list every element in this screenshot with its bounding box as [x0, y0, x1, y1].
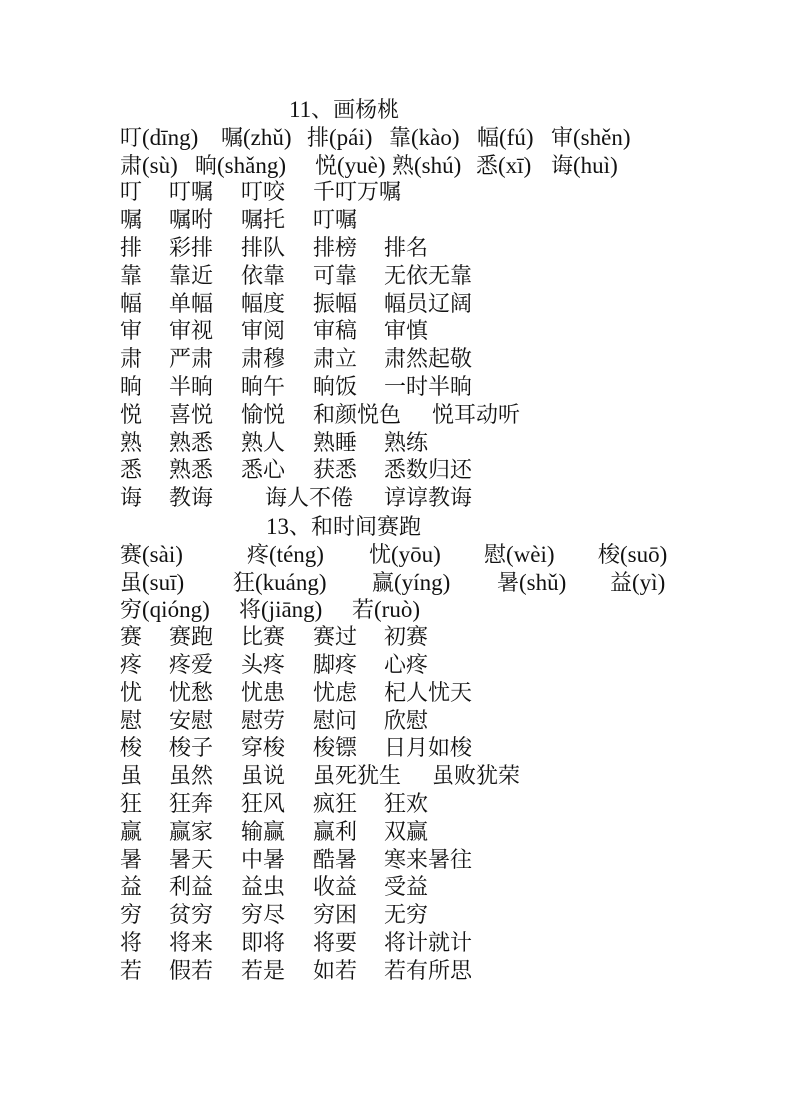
character: 穷 [120, 598, 142, 623]
pinyin: (yuè) [337, 153, 386, 178]
vocab-word: 狂欢 [384, 791, 428, 819]
vocab-row: 肃严肃肃穆肃立肃然起敬 [0, 346, 792, 374]
character: 幅 [477, 126, 499, 151]
vocab-word: 利益 [169, 874, 213, 902]
vocab-word: 排队 [241, 235, 285, 263]
vocab-word: 假若 [169, 958, 213, 986]
vocab-word: 愉悦 [241, 402, 285, 430]
vocab-word: 振幅 [313, 291, 357, 319]
vocab-word: 输赢 [241, 819, 285, 847]
pinyin-entry: 悉(xī) [476, 152, 531, 181]
vocab-word: 虽说 [241, 763, 285, 791]
pinyin: (zhǔ) [243, 125, 292, 150]
vocab-word: 嘱托 [241, 207, 285, 235]
vocab-row: 熟熟悉熟人熟睡熟练 [0, 430, 792, 458]
head-character: 诲 [120, 485, 142, 513]
vocab-word: 酷暑 [313, 847, 357, 875]
character: 诲 [551, 154, 573, 179]
vocab-word: 审慎 [384, 318, 428, 346]
character: 悦 [315, 154, 337, 179]
vocab-word: 如若 [313, 958, 357, 986]
pinyin-entry: 忧(yōu) [369, 541, 441, 570]
vocab-word: 益虫 [241, 874, 285, 902]
pinyin-entry: 将(jiāng) [239, 596, 322, 625]
vocab-row: 暑暑天中暑酷暑寒来暑往 [0, 847, 792, 875]
pinyin: (shú) [414, 153, 461, 178]
pinyin-row: 叮(dīng)嘱(zhǔ)排(pái)靠(kào)幅(fú)审(shěn) [0, 124, 792, 152]
vocab-word: 虽败犹荣 [432, 763, 520, 791]
vocab-word: 将计就计 [384, 930, 472, 958]
vocab-word: 穷困 [313, 902, 357, 930]
pinyin-entry: 靠(kào) [389, 124, 460, 153]
pinyin-row: 赛(sài)疼(téng)忧(yōu)慰(wèi)梭(suō) [0, 541, 792, 569]
vocab-word: 无穷 [384, 902, 428, 930]
pinyin-entry: 疼(téng) [247, 541, 324, 570]
vocab-row: 虽虽然虽说虽死犹生虽败犹荣 [0, 763, 792, 791]
document-page: 11、画杨桃叮(dīng)嘱(zhǔ)排(pái)靠(kào)幅(fú)审(sh… [0, 0, 792, 1120]
vocab-word: 欣慰 [384, 708, 428, 736]
vocab-word: 梭子 [169, 735, 213, 763]
vocab-word: 寒来暑往 [384, 847, 472, 875]
vocab-word: 幅员辽阔 [384, 291, 472, 319]
vocab-word: 赢利 [313, 819, 357, 847]
vocab-row: 益利益益虫收益受益 [0, 874, 792, 902]
vocab-word: 疯狂 [313, 791, 357, 819]
vocab-word: 晌午 [241, 374, 285, 402]
vocab-word: 晌饭 [313, 374, 357, 402]
pinyin: (yōu) [391, 542, 441, 567]
head-character: 暑 [120, 847, 142, 875]
pinyin-entry: 穷(qióng) [120, 596, 210, 625]
pinyin-entry: 若(ruò) [352, 596, 420, 625]
head-character: 虽 [120, 763, 142, 791]
character: 虽 [120, 571, 142, 596]
pinyin: (suō) [620, 542, 667, 567]
vocab-word: 若有所思 [384, 958, 472, 986]
vocab-word: 依靠 [241, 263, 285, 291]
pinyin: (sù) [142, 153, 178, 178]
pinyin: (qióng) [142, 597, 210, 622]
pinyin: (kào) [411, 125, 460, 150]
vocab-word: 若是 [241, 958, 285, 986]
vocab-word: 和颜悦色 [313, 402, 401, 430]
vocab-word: 狂风 [241, 791, 285, 819]
vocab-word: 慰劳 [241, 708, 285, 736]
vocab-word: 悦耳动听 [432, 402, 520, 430]
vocab-word: 排榜 [313, 235, 357, 263]
pinyin: (ruò) [374, 597, 420, 622]
vocab-row: 排彩排排队排榜排名 [0, 235, 792, 263]
pinyin: (shěn) [573, 125, 630, 150]
section-name: 、和时间赛跑 [289, 515, 421, 540]
section-title-text: 13、和时间赛跑 [266, 513, 421, 542]
head-character: 赢 [120, 819, 142, 847]
vocab-word: 头疼 [241, 652, 285, 680]
vocab-word: 中暑 [241, 847, 285, 875]
vocab-word: 排名 [384, 235, 428, 263]
vocab-word: 嘱咐 [169, 207, 213, 235]
pinyin-entry: 悦(yuè) [315, 152, 386, 181]
vocab-row: 幅单幅幅度振幅幅员辽阔 [0, 291, 792, 319]
vocab-word: 教诲 [169, 485, 213, 513]
pinyin: (sài) [142, 542, 183, 567]
pinyin-row: 虽(suī)狂(kuáng)赢(yíng)暑(shǔ)益(yì) [0, 569, 792, 597]
pinyin-entry: 嘱(zhǔ) [221, 124, 292, 153]
vocab-word: 慰问 [313, 708, 357, 736]
pinyin: (fú) [499, 125, 533, 150]
character: 靠 [389, 126, 411, 151]
vocab-word: 熟睡 [313, 430, 357, 458]
character: 若 [352, 598, 374, 623]
vocab-word: 审阅 [241, 318, 285, 346]
pinyin: (yíng) [394, 570, 450, 595]
vocab-word: 可靠 [313, 263, 357, 291]
vocab-word: 收益 [313, 874, 357, 902]
vocab-row: 悉熟悉悉心获悉悉数归还 [0, 457, 792, 485]
character: 肃 [120, 154, 142, 179]
pinyin-entry: 暑(shǔ) [497, 569, 566, 598]
section-number: 11 [289, 97, 311, 122]
vocab-word: 靠近 [169, 263, 213, 291]
pinyin-entry: 熟(shú) [392, 152, 461, 181]
vocab-word: 审视 [169, 318, 213, 346]
head-character: 嘱 [120, 207, 142, 235]
vocab-row: 诲教诲诲人不倦谆谆教诲 [0, 485, 792, 513]
pinyin-entry: 肃(sù) [120, 152, 178, 181]
vocab-word: 忧虑 [313, 680, 357, 708]
vocab-word: 狂奔 [169, 791, 213, 819]
section-title: 13、和时间赛跑 [0, 513, 792, 541]
vocab-word: 穷尽 [241, 902, 285, 930]
vocab-word: 肃穆 [241, 346, 285, 374]
pinyin: (dīng) [142, 125, 198, 150]
character: 嘱 [221, 126, 243, 151]
character: 梭 [598, 543, 620, 568]
vocab-word: 彩排 [169, 235, 213, 263]
pinyin: (yì) [632, 570, 665, 595]
pinyin: (wèi) [506, 542, 555, 567]
vocab-row: 忧忧愁忧患忧虑杞人忧天 [0, 680, 792, 708]
character: 赢 [372, 571, 394, 596]
head-character: 幅 [120, 291, 142, 319]
pinyin-entry: 赛(sài) [120, 541, 183, 570]
vocab-word: 无依无靠 [384, 263, 472, 291]
character: 审 [551, 126, 573, 151]
vocab-word: 悉心 [241, 457, 285, 485]
vocab-word: 千叮万嘱 [313, 179, 401, 207]
pinyin: (suī) [142, 570, 184, 595]
vocab-word: 日月如梭 [384, 735, 472, 763]
pinyin-entry: 叮(dīng) [120, 124, 198, 153]
vocab-word: 熟悉 [169, 457, 213, 485]
vocab-row: 叮叮嘱叮咬千叮万嘱 [0, 179, 792, 207]
character: 疼 [247, 543, 269, 568]
vocab-word: 喜悦 [169, 402, 213, 430]
vocab-word: 悉数归还 [384, 457, 472, 485]
pinyin-entry: 益(yì) [610, 569, 665, 598]
pinyin-entry: 赢(yíng) [372, 569, 450, 598]
head-character: 忧 [120, 680, 142, 708]
vocab-row: 若假若若是如若若有所思 [0, 958, 792, 986]
vocab-word: 半晌 [169, 374, 213, 402]
character: 益 [610, 571, 632, 596]
vocab-word: 一时半晌 [384, 374, 472, 402]
pinyin-entry: 晌(shǎng) [195, 152, 286, 181]
pinyin: (shǔ) [519, 570, 566, 595]
vocab-word: 叮嘱 [169, 179, 213, 207]
character: 赛 [120, 543, 142, 568]
character: 悉 [476, 154, 498, 179]
vocab-word: 虽然 [169, 763, 213, 791]
character: 叮 [120, 126, 142, 151]
vocab-word: 幅度 [241, 291, 285, 319]
vocab-word: 穿梭 [241, 735, 285, 763]
pinyin-entry: 诲(huì) [551, 152, 618, 181]
vocab-word: 审稿 [313, 318, 357, 346]
head-character: 疼 [120, 652, 142, 680]
vocab-word: 疼爱 [169, 652, 213, 680]
section-number: 13 [266, 514, 289, 539]
vocab-word: 肃立 [313, 346, 357, 374]
vocab-row: 赛赛跑比赛赛过初赛 [0, 624, 792, 652]
vocab-row: 赢赢家输赢赢利双赢 [0, 819, 792, 847]
vocab-word: 单幅 [169, 291, 213, 319]
vocab-word: 叮咬 [241, 179, 285, 207]
vocab-word: 脚疼 [313, 652, 357, 680]
vocab-row: 悦喜悦愉悦和颜悦色悦耳动听 [0, 402, 792, 430]
pinyin: (kuáng) [255, 570, 327, 595]
head-character: 狂 [120, 791, 142, 819]
vocab-word: 安慰 [169, 708, 213, 736]
character: 慰 [484, 543, 506, 568]
vocab-word: 肃然起敬 [384, 346, 472, 374]
pinyin: (shǎng) [217, 153, 286, 178]
vocab-word: 受益 [384, 874, 428, 902]
vocab-word: 贫穷 [169, 902, 213, 930]
vocab-word: 比赛 [241, 624, 285, 652]
vocab-word: 心疼 [384, 652, 428, 680]
vocab-word: 忧患 [241, 680, 285, 708]
head-character: 穷 [120, 902, 142, 930]
pinyin-entry: 幅(fú) [477, 124, 534, 153]
pinyin-entry: 排(pái) [307, 124, 372, 153]
pinyin-row: 穷(qióng)将(jiāng)若(ruò) [0, 596, 792, 624]
head-character: 悦 [120, 402, 142, 430]
vocab-word: 严肃 [169, 346, 213, 374]
vocab-word: 即将 [241, 930, 285, 958]
head-character: 审 [120, 318, 142, 346]
vocab-row: 将将来即将将要将计就计 [0, 930, 792, 958]
vocab-word: 谆谆教诲 [384, 485, 472, 513]
vocab-word: 赢家 [169, 819, 213, 847]
vocab-row: 穷贫穷穷尽穷困无穷 [0, 902, 792, 930]
vocab-row: 狂狂奔狂风疯狂狂欢 [0, 791, 792, 819]
vocab-word: 初赛 [384, 624, 428, 652]
vocab-word: 获悉 [313, 457, 357, 485]
head-character: 将 [120, 930, 142, 958]
head-character: 慰 [120, 708, 142, 736]
pinyin: (jiāng) [261, 597, 322, 622]
character: 忧 [369, 543, 391, 568]
head-character: 叮 [120, 179, 142, 207]
head-character: 赛 [120, 624, 142, 652]
vocab-word: 赛过 [313, 624, 357, 652]
head-character: 熟 [120, 430, 142, 458]
vocab-row: 审审视审阅审稿审慎 [0, 318, 792, 346]
vocab-word: 杞人忧天 [384, 680, 472, 708]
vocab-row: 疼疼爱头疼脚疼心疼 [0, 652, 792, 680]
vocab-row: 嘱嘱咐嘱托叮嘱 [0, 207, 792, 235]
character: 熟 [392, 154, 414, 179]
vocab-word: 梭镖 [313, 735, 357, 763]
head-character: 梭 [120, 735, 142, 763]
vocab-word: 熟练 [384, 430, 428, 458]
section-title: 11、画杨桃 [0, 96, 792, 124]
head-character: 靠 [120, 263, 142, 291]
head-character: 益 [120, 874, 142, 902]
head-character: 肃 [120, 346, 142, 374]
vocab-word: 诲人不倦 [265, 485, 353, 513]
vocab-word: 将来 [169, 930, 213, 958]
pinyin-entry: 虽(suī) [120, 569, 184, 598]
vocab-row: 梭梭子穿梭梭镖日月如梭 [0, 735, 792, 763]
vocab-word: 虽死犹生 [313, 763, 401, 791]
vocab-word: 叮嘱 [313, 207, 357, 235]
pinyin: (pái) [329, 125, 372, 150]
head-character: 排 [120, 235, 142, 263]
character: 将 [239, 598, 261, 623]
pinyin: (téng) [269, 542, 324, 567]
head-character: 悉 [120, 457, 142, 485]
pinyin-entry: 梭(suō) [598, 541, 667, 570]
vocab-word: 熟悉 [169, 430, 213, 458]
pinyin-entry: 狂(kuáng) [233, 569, 327, 598]
vocab-word: 暑天 [169, 847, 213, 875]
vocab-row: 晌半晌晌午晌饭一时半晌 [0, 374, 792, 402]
vocab-word: 双赢 [384, 819, 428, 847]
pinyin-entry: 审(shěn) [551, 124, 631, 153]
section-name: 、画杨桃 [311, 98, 399, 123]
vocab-word: 赛跑 [169, 624, 213, 652]
vocab-row: 慰安慰慰劳慰问欣慰 [0, 708, 792, 736]
section-title-text: 11、画杨桃 [289, 96, 399, 125]
head-character: 晌 [120, 374, 142, 402]
character: 晌 [195, 154, 217, 179]
head-character: 若 [120, 958, 142, 986]
pinyin: (xī) [498, 153, 531, 178]
vocab-word: 熟人 [241, 430, 285, 458]
pinyin: (huì) [573, 153, 618, 178]
pinyin-entry: 慰(wèi) [484, 541, 555, 570]
character: 排 [307, 126, 329, 151]
vocab-row: 靠靠近依靠可靠无依无靠 [0, 263, 792, 291]
pinyin-row: 肃(sù)晌(shǎng)悦(yuè)熟(shú)悉(xī)诲(huì) [0, 152, 792, 180]
character: 狂 [233, 571, 255, 596]
vocab-word: 将要 [313, 930, 357, 958]
character: 暑 [497, 571, 519, 596]
vocab-word: 忧愁 [169, 680, 213, 708]
